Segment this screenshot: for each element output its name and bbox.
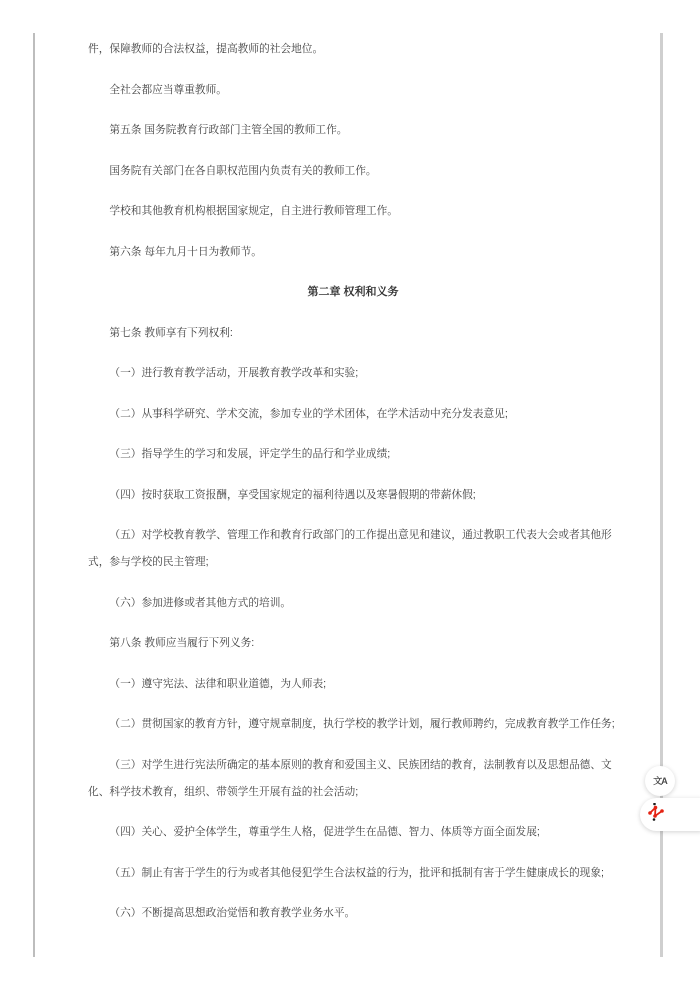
graph-icon <box>647 803 665 826</box>
translate-icon: 文A <box>653 777 667 786</box>
document-page: 件，保障教师的合法权益，提高教师的社会地位。全社会都应当尊重教师。第五条 国务院… <box>33 33 663 957</box>
paragraph: （二）从事科学研究、学术交流，参加专业的学术团体，在学术活动中充分发表意见; <box>88 401 618 428</box>
paragraph: （四）关心、爱护全体学生，尊重学生人格，促进学生在品德、智力、体质等方面全面发展… <box>88 819 618 846</box>
paragraph: （五）对学校教育教学、管理工作和教育行政部门的工作提出意见和建议，通过教职工代表… <box>88 522 618 576</box>
document-content: 件，保障教师的合法权益，提高教师的社会地位。全社会都应当尊重教师。第五条 国务院… <box>88 33 618 927</box>
paragraph: 第七条 教师享有下列权利: <box>88 320 618 347</box>
chapter-heading: 第二章 权利和义务 <box>88 279 618 306</box>
paragraph: 国务院有关部门在各自职权范围内负责有关的教师工作。 <box>88 158 618 185</box>
paragraph: （三）对学生进行宪法所确定的基本原则的教育和爱国主义、民族团结的教育，法制教育以… <box>88 752 618 806</box>
paragraph: 第五条 国务院教育行政部门主管全国的教师工作。 <box>88 117 618 144</box>
graph-button[interactable] <box>640 798 700 831</box>
paragraph: 第六条 每年九月十日为教师节。 <box>88 239 618 266</box>
paragraph: 第八条 教师应当履行下列义务: <box>88 630 618 657</box>
paragraph: 全社会都应当尊重教师。 <box>88 77 618 104</box>
paragraph: （六）不断提高思想政治觉悟和教育教学业务水平。 <box>88 900 618 927</box>
paragraph: （二）贯彻国家的教育方针，遵守规章制度，执行学校的教学计划，履行教师聘约，完成教… <box>88 711 618 738</box>
translate-button[interactable]: 文A <box>645 766 675 796</box>
paragraph: （一）遵守宪法、法律和职业道德，为人师表; <box>88 671 618 698</box>
paragraph: （四）按时获取工资报酬，享受国家规定的福利待遇以及寒暑假期的带薪休假; <box>88 482 618 509</box>
paragraph: （五）制止有害于学生的行为或者其他侵犯学生合法权益的行为，批评和抵制有害于学生健… <box>88 860 618 887</box>
paragraph: 学校和其他教育机构根据国家规定，自主进行教师管理工作。 <box>88 198 618 225</box>
paragraph: （一）进行教育教学活动，开展教育教学改革和实验; <box>88 360 618 387</box>
paragraph: （三）指导学生的学习和发展，评定学生的品行和学业成绩; <box>88 441 618 468</box>
paragraph: 件，保障教师的合法权益，提高教师的社会地位。 <box>88 36 618 63</box>
paragraph: （六）参加进修或者其他方式的培训。 <box>88 590 618 617</box>
